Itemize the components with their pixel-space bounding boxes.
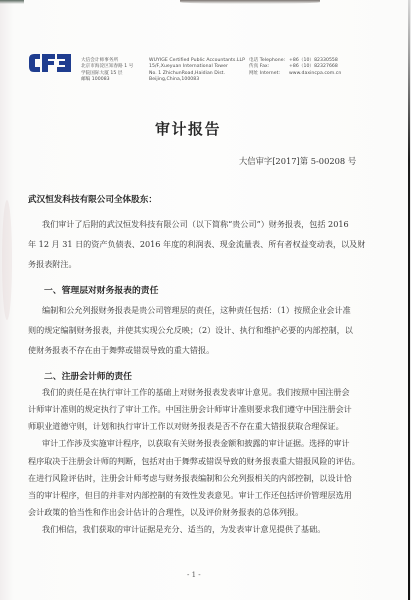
document-page: 大信会计师事务所 北京市海淀区知春路 1 号 学院国际大厦 15 层 邮编 10… xyxy=(0,0,411,600)
section-heading: 二、注册会计师的责任 xyxy=(44,369,132,382)
text-line: 在进行风险评估时，注册会计师考虑与财务报表编制和公允列报相关的内部控制，以设计恰 xyxy=(28,473,352,484)
scan-smudge xyxy=(2,200,12,320)
scan-shadow xyxy=(0,0,24,4)
text-line: 我们的责任是在执行审计工作的基础上对财务报表发表审计意见。我们按照中国注册会 xyxy=(42,387,350,398)
document-title: 审计报告 xyxy=(155,118,221,139)
text-line: 我们相信，我们获取的审计证据是充分、适当的，为发表审计意见提供了基础。 xyxy=(42,524,325,535)
contact-value: www.daxincpa.com.cn xyxy=(289,71,341,77)
postal-code: 邮编 100083 xyxy=(81,77,149,83)
text-line: 审计工作涉及实施审计程序，以获取有关财务报表金额和披露的审计证据。选择的审计 xyxy=(42,438,350,449)
website: 网址 Internet: www.daxincpa.com.cn xyxy=(249,71,359,77)
text-line: 师职业道德守则，计划和执行审计工作以对财务报表是否不存在重大错报获取合理保证。 xyxy=(28,421,344,432)
text-line: 编制和公允列报财务报表是贵公司管理层的责任，这种责任包括：（1）按照企业会计准 xyxy=(42,305,351,316)
text-line: 会计政策的恰当性和作出会计估计的合理性，以及评价财务报表的总体列报。 xyxy=(28,507,303,518)
firm-address-en: WUYIGE Certified Public Accountants.LLP … xyxy=(149,58,245,83)
section-heading: 一、管理层对财务报表的责任 xyxy=(44,283,158,296)
firm-address-cn: 大信会计师事务所 北京市海淀区知春路 1 号 学院国际大厦 15 层 邮编 10… xyxy=(81,58,149,83)
page-number: - 1 - xyxy=(187,571,201,579)
reference-number: 大信审字[2017]第 5-00208 号 xyxy=(239,155,356,167)
text-line: 使财务报表不存在由于舞弊或错误导致的重大错报。 xyxy=(28,345,214,356)
text-line: 当的审计程序，但目的并非对内部控制的有效性发表意见。审计工作还包括评价管理层选用 xyxy=(28,490,352,501)
text-line: 务报表附注。 xyxy=(28,259,77,270)
scan-shadow xyxy=(180,0,320,4)
address-line: Beijing,China,100083 xyxy=(149,77,245,83)
contact-label: 网址 Internet: xyxy=(249,71,289,77)
text-line: 我们审计了后附的武汉恒发科技有限公司（以下简称“贵公司”）财务报表，包括 201… xyxy=(42,219,349,230)
text-line: 计师审计准则的规定执行了审计工作。中国注册会计师审计准则要求我们遵守中国注册会计 xyxy=(28,404,352,415)
firm-logo-icon xyxy=(28,51,73,75)
page-edge xyxy=(408,0,410,600)
text-line: 程序取决于注册会计师的判断，包括对由于舞弊或错误导致的财务报表重大错报风险的评估… xyxy=(28,456,360,467)
firm-contact: 电话 Telephone: +86（10）82330558 传真 Fax: +8… xyxy=(249,58,359,77)
text-line: 年 12 月 31 日的资产负债表、2016 年度的利润表、现金流量表、所有者权… xyxy=(28,239,365,250)
addressee: 武汉恒发科技有限公司全体股东： xyxy=(28,193,157,205)
text-line: 则的规定编制财务报表，并使其实现公允反映；（2）设计、执行和维护必要的内部控制，… xyxy=(28,325,353,336)
